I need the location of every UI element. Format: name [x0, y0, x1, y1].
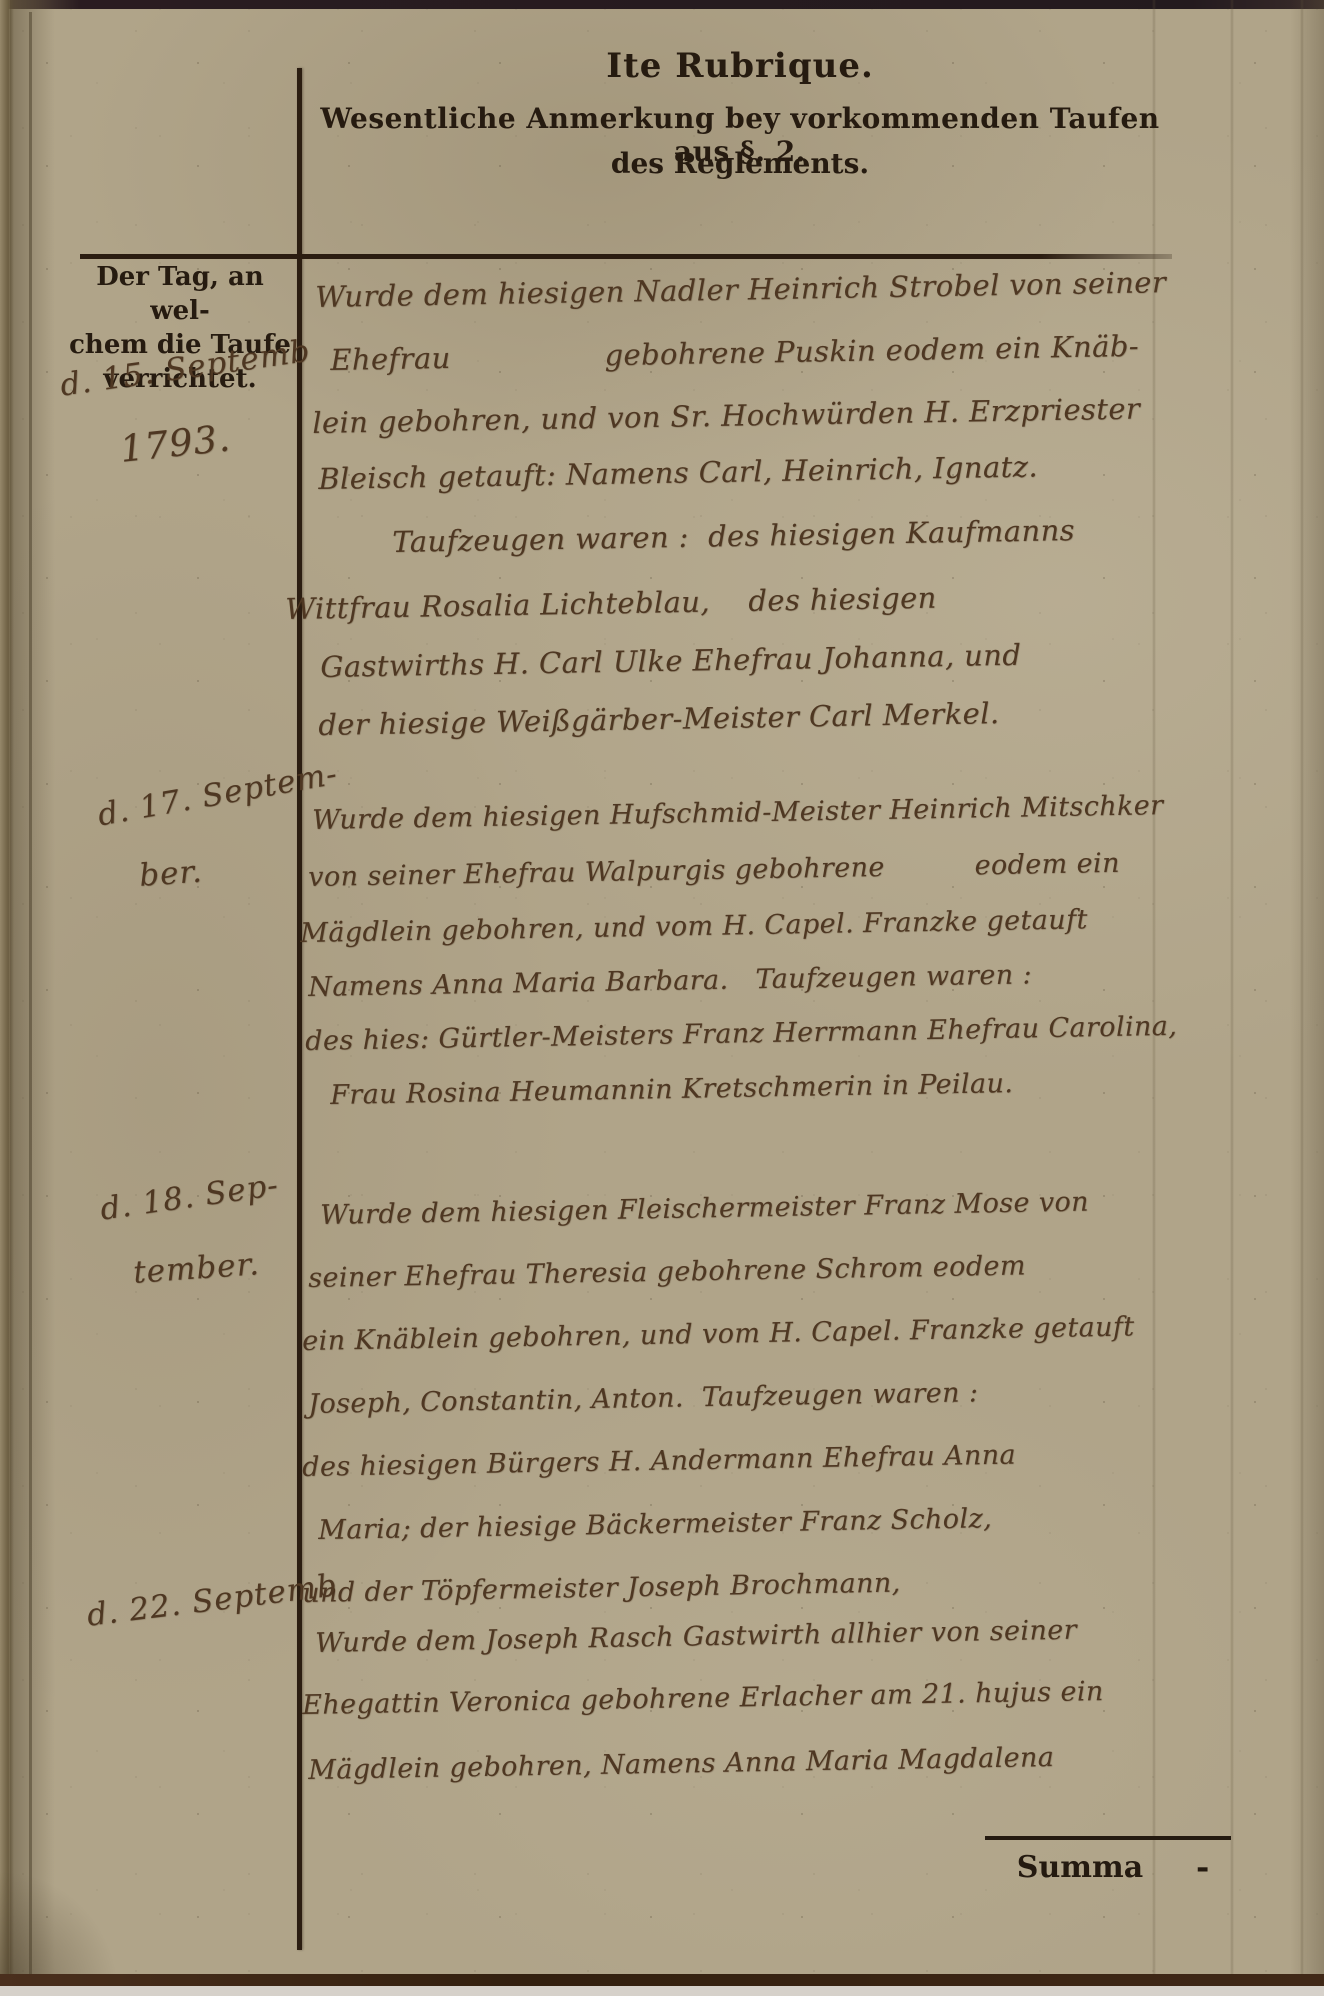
manuscript-line: Wittfrau Rosalia Lichteblau, des hiesige…	[285, 581, 937, 626]
manuscript-line: ein Knäblein gebohren, und vom H. Capel.…	[302, 1311, 1135, 1357]
manuscript-line: lein gebohren, und von Sr. Hochwürden H.…	[312, 392, 1140, 440]
manuscript-line: Namens Anna Maria Barbara. Taufzeugen wa…	[308, 959, 1032, 1003]
manuscript-line: Bleisch getauft: Namens Carl, Heinrich, …	[318, 449, 1038, 496]
record-date: tember.	[132, 1246, 261, 1291]
scan-background-strip	[0, 1986, 1324, 1996]
manuscript-line: von seiner Ehefrau Walpurgis gebohrene e…	[308, 848, 1120, 893]
record-date: 1793.	[118, 416, 233, 470]
manuscript-line: Mägdlein gebohren, und vom H. Capel. Fra…	[300, 904, 1088, 949]
manuscript-line: Wurde dem hiesigen Hufschmid-Meister Hei…	[312, 790, 1164, 836]
date-column-header-line: Der Tag, an wel-	[62, 260, 298, 328]
register-page-scan: Ite Rubrique. Wesentliche Anmerkung bey …	[0, 0, 1324, 1996]
manuscript-line: des hiesigen Bürgers H. Andermann Ehefra…	[302, 1440, 1016, 1483]
record-date: ber.	[138, 854, 204, 894]
manuscript-line: Frau Rosina Heumannin Kretschmerin in Pe…	[330, 1068, 1014, 1111]
manuscript-line: Maria; der hiesige Bäckermeister Franz S…	[318, 1503, 992, 1546]
summa-label: Summa	[990, 1850, 1170, 1885]
manuscript-line: seiner Ehefrau Theresia gebohrene Schrom…	[308, 1250, 1026, 1294]
page-title: Ite Rubrique.	[300, 46, 1180, 86]
manuscript-line: und der Töpfermeister Joseph Brochmann,	[302, 1568, 901, 1609]
manuscript-line: Wurde dem hiesigen Nadler Heinrich Strob…	[315, 265, 1166, 314]
summa-rule	[985, 1836, 1231, 1840]
record-date: d. 17. Septem-	[95, 756, 340, 834]
summa-value: -	[1196, 1848, 1209, 1886]
manuscript-line: Wurde dem Joseph Rasch Gastwirth allhier…	[315, 1615, 1077, 1659]
record-date: d. 18. Sep-	[98, 1167, 281, 1228]
manuscript-line: der hiesige Weißgärber-Meister Carl Merk…	[318, 696, 1000, 742]
paper-crease	[1152, 0, 1156, 1996]
page-bottom-edge	[0, 1974, 1324, 1986]
gutter-crease	[29, 12, 32, 1990]
manuscript-line: Taufzeugen waren : des hiesigen Kaufmann…	[392, 513, 1075, 559]
page-top-edge	[0, 0, 1324, 9]
paper-crease	[1230, 0, 1234, 1996]
manuscript-line: Mägdlein gebohren, Namens Anna Maria Mag…	[308, 1742, 1055, 1786]
page-right-edge	[1290, 0, 1324, 1996]
manuscript-line: Gastwirths H. Carl Ulke Ehefrau Johanna,…	[320, 638, 1022, 684]
header-separator-rule	[80, 254, 1172, 259]
manuscript-line: des hies: Gürtler-Meisters Franz Herrman…	[305, 1011, 1178, 1057]
manuscript-line: Joseph, Constantin, Anton. Taufzeugen wa…	[308, 1377, 979, 1420]
gutter-shadow	[10, 0, 55, 1996]
manuscript-line: Ehegattin Veronica gebohrene Erlacher am…	[302, 1676, 1104, 1721]
manuscript-line: Ehefrau gebohrene Puskin eodem ein Knäb-	[330, 329, 1139, 377]
page-subtitle-2: des Reglements.	[300, 147, 1180, 180]
manuscript-line: Wurde dem hiesigen Fleischermeister Fran…	[320, 1187, 1089, 1231]
